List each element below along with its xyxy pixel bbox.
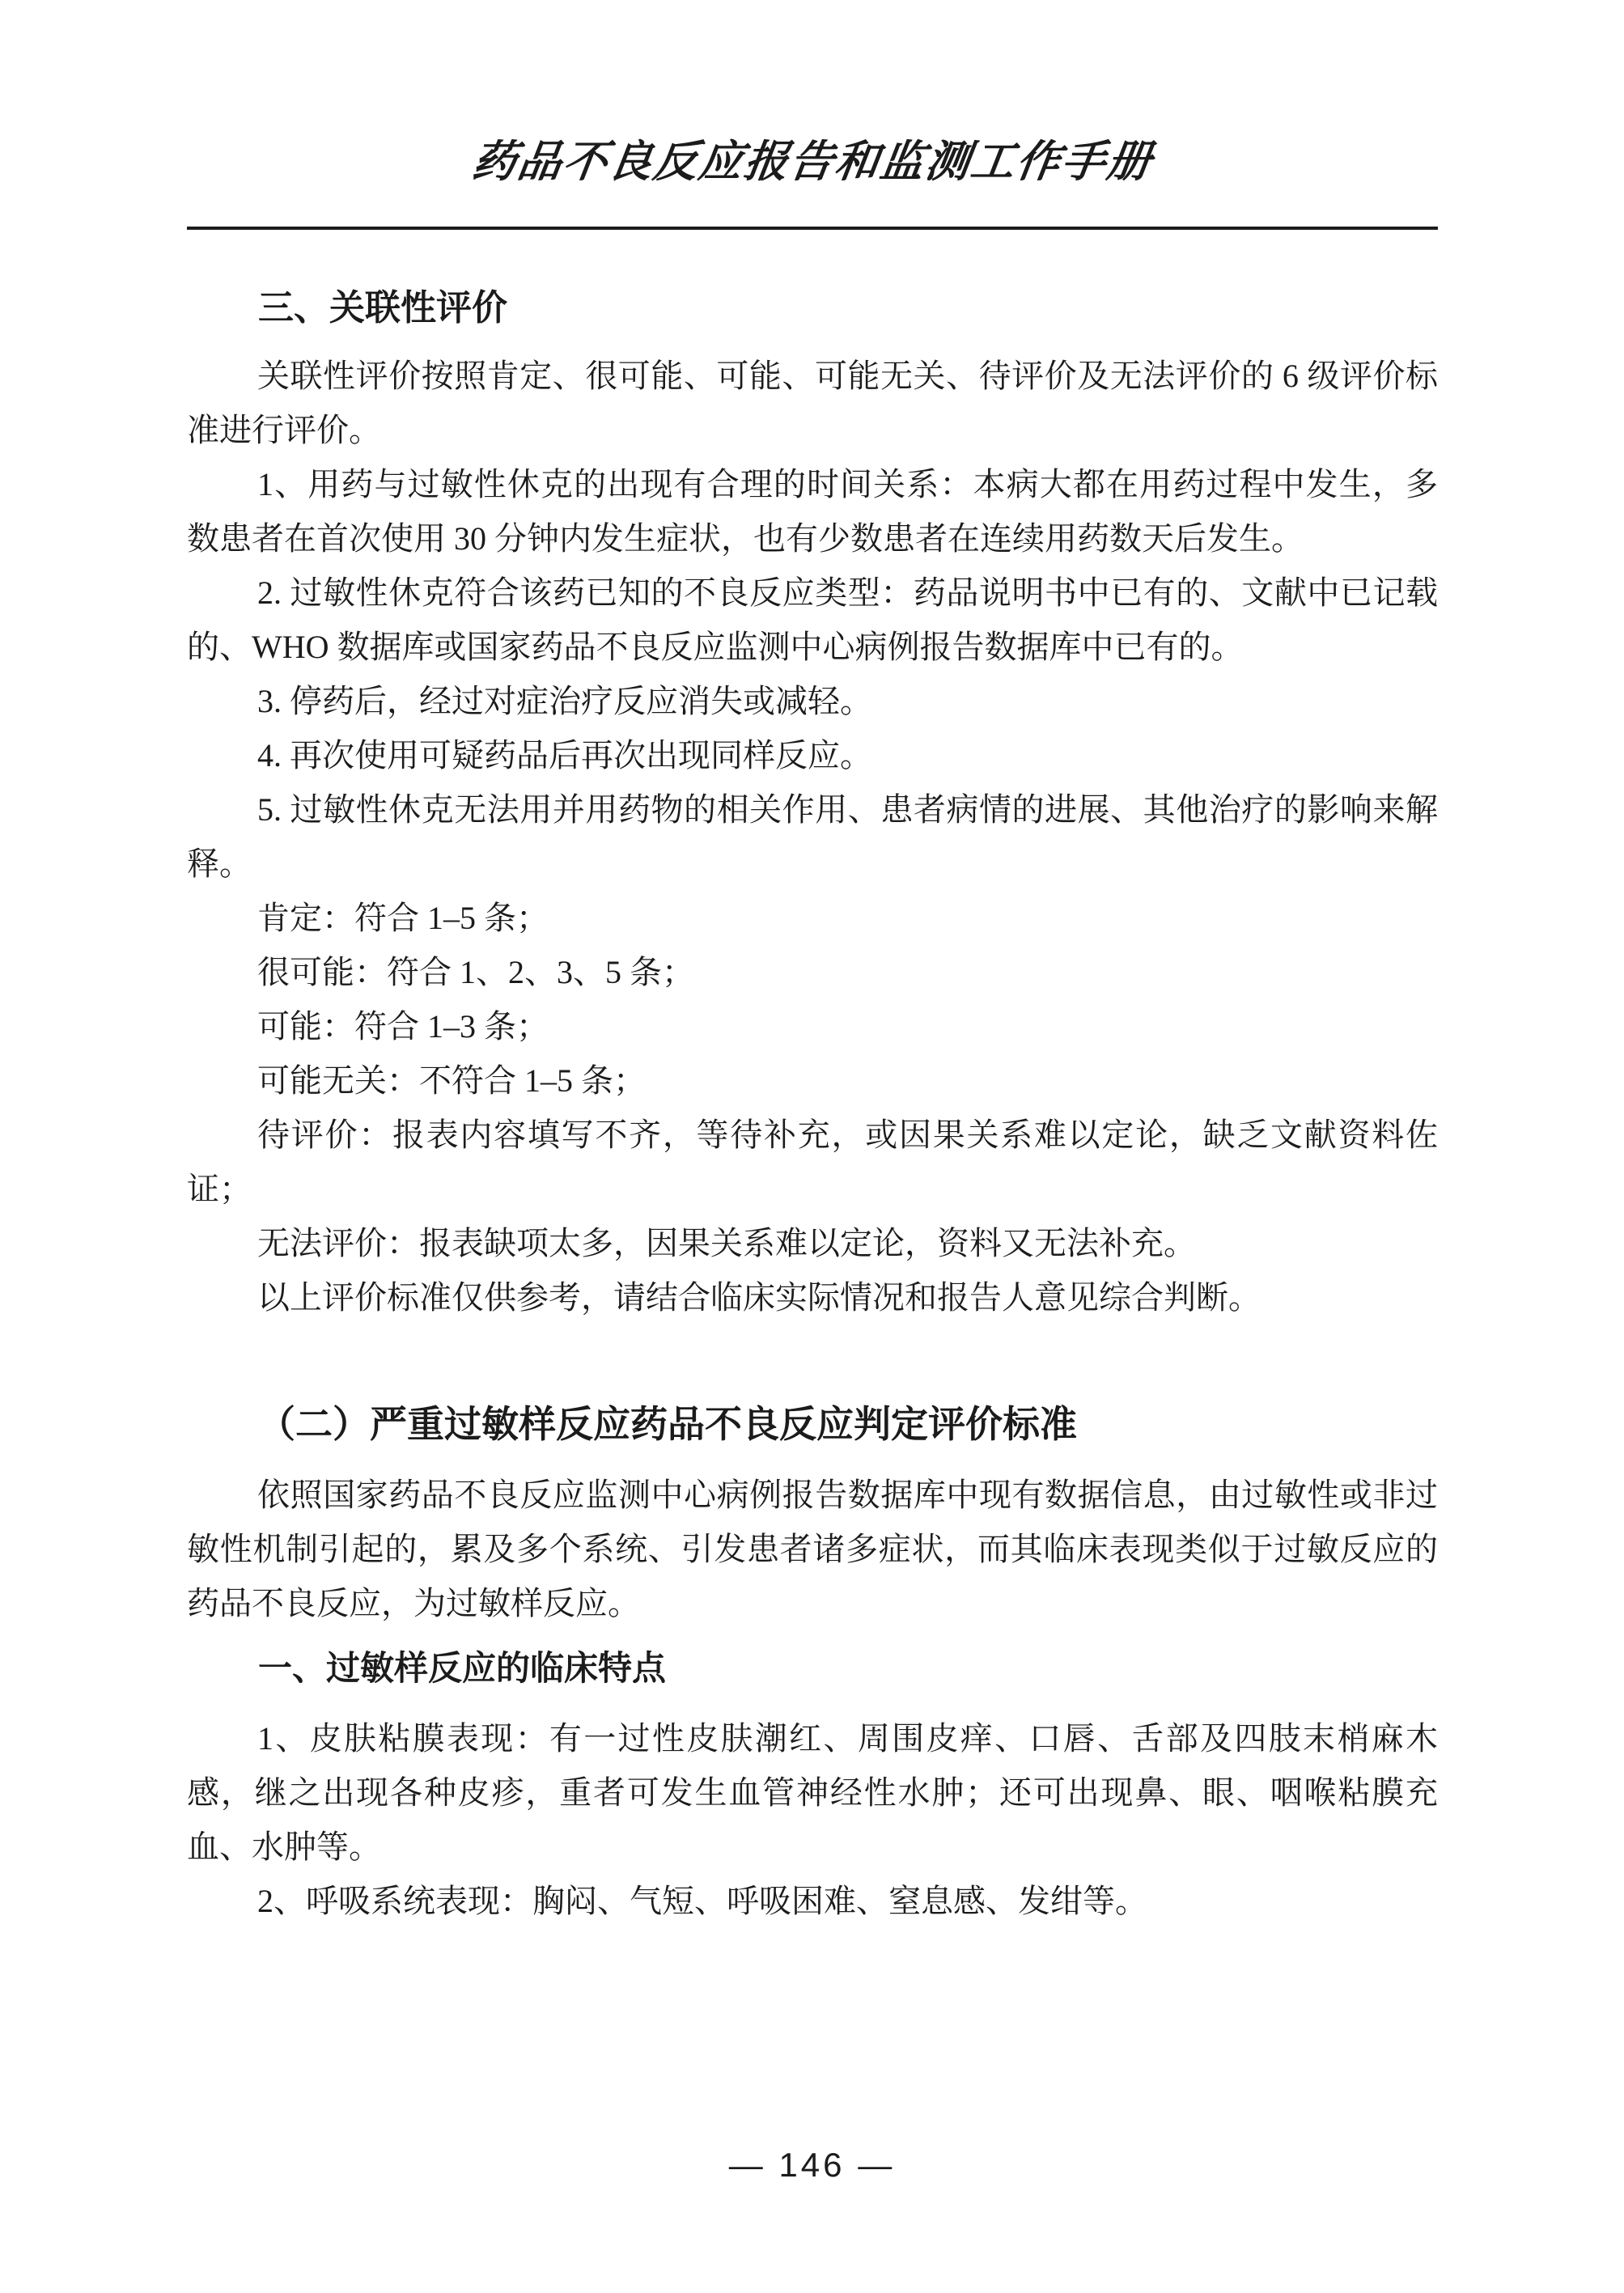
- paragraph: 可能：符合 1–3 条；: [187, 999, 1438, 1053]
- running-header-title: 药品不良反应报告和监测工作手册: [469, 138, 1155, 186]
- paragraph: 无法评价：报表缺项太多，因果关系难以定论，资料又无法补充。: [187, 1216, 1438, 1270]
- paragraph: 1、皮肤粘膜表现：有一过性皮肤潮红、周围皮痒、口唇、舌部及四肢末梢麻木感，继之出…: [187, 1711, 1438, 1874]
- section1-paragraphs: 关联性评价按照肯定、很可能、可能、可能无关、待评价及无法评价的 6 级评价标准进…: [187, 349, 1438, 1325]
- paragraph: 2. 过敏性休克符合该药已知的不良反应类型：药品说明书中已有的、文献中已记载的、…: [187, 566, 1438, 674]
- document-page: 药品不良反应报告和监测工作手册 三、关联性评价 关联性评价按照肯定、很可能、可能…: [0, 0, 1624, 2293]
- section2-paragraphs: 1、皮肤粘膜表现：有一过性皮肤潮红、周围皮痒、口唇、舌部及四肢末梢麻木感，继之出…: [187, 1711, 1438, 1928]
- page-number: — 146 —: [0, 2146, 1624, 2185]
- paragraph: 很可能：符合 1、2、3、5 条；: [187, 945, 1438, 999]
- section2-intro-paragraphs: 依照国家药品不良反应监测中心病例报告数据库中现有数据信息，由过敏性或非过敏性机制…: [187, 1468, 1438, 1630]
- text-block: 药品不良反应报告和监测工作手册 三、关联性评价 关联性评价按照肯定、很可能、可能…: [187, 138, 1438, 1928]
- paragraph: 关联性评价按照肯定、很可能、可能、可能无关、待评价及无法评价的 6 级评价标准进…: [187, 349, 1438, 457]
- paragraph: 1、用药与过敏性休克的出现有合理的时间关系：本病大都在用药过程中发生，多数患者在…: [187, 457, 1438, 566]
- paragraph: 5. 过敏性休克无法用并用药物的相关作用、患者病情的进展、其他治疗的影响来解释。: [187, 782, 1438, 891]
- section-heading-yanzhong-guominyang: （二）严重过敏样反应药品不良反应判定评价标准: [187, 1401, 1438, 1447]
- paragraph: 3. 停药后，经过对症治疗反应消失或减轻。: [187, 674, 1438, 728]
- section-heading-guanlianxing: 三、关联性评价: [187, 288, 1438, 328]
- paragraph: 肯定：符合 1–5 条；: [187, 891, 1438, 945]
- paragraph: 4. 再次使用可疑药品后再次出现同样反应。: [187, 728, 1438, 782]
- paragraph: 依照国家药品不良反应监测中心病例报告数据库中现有数据信息，由过敏性或非过敏性机制…: [187, 1468, 1438, 1630]
- subsection-heading-linchuang-tedian: 一、过敏样反应的临床特点: [187, 1648, 1438, 1689]
- paragraph: 2、呼吸系统表现：胸闷、气短、呼吸困难、窒息感、发绀等。: [187, 1874, 1438, 1928]
- header-rule: [187, 227, 1438, 230]
- paragraph: 可能无关：不符合 1–5 条；: [187, 1053, 1438, 1108]
- paragraph: 以上评价标准仅供参考，请结合临床实际情况和报告人意见综合判断。: [187, 1270, 1438, 1325]
- running-header: 药品不良反应报告和监测工作手册: [187, 138, 1438, 197]
- paragraph: 待评价：报表内容填写不齐，等待补充，或因果关系难以定论，缺乏文献资料佐证；: [187, 1108, 1438, 1216]
